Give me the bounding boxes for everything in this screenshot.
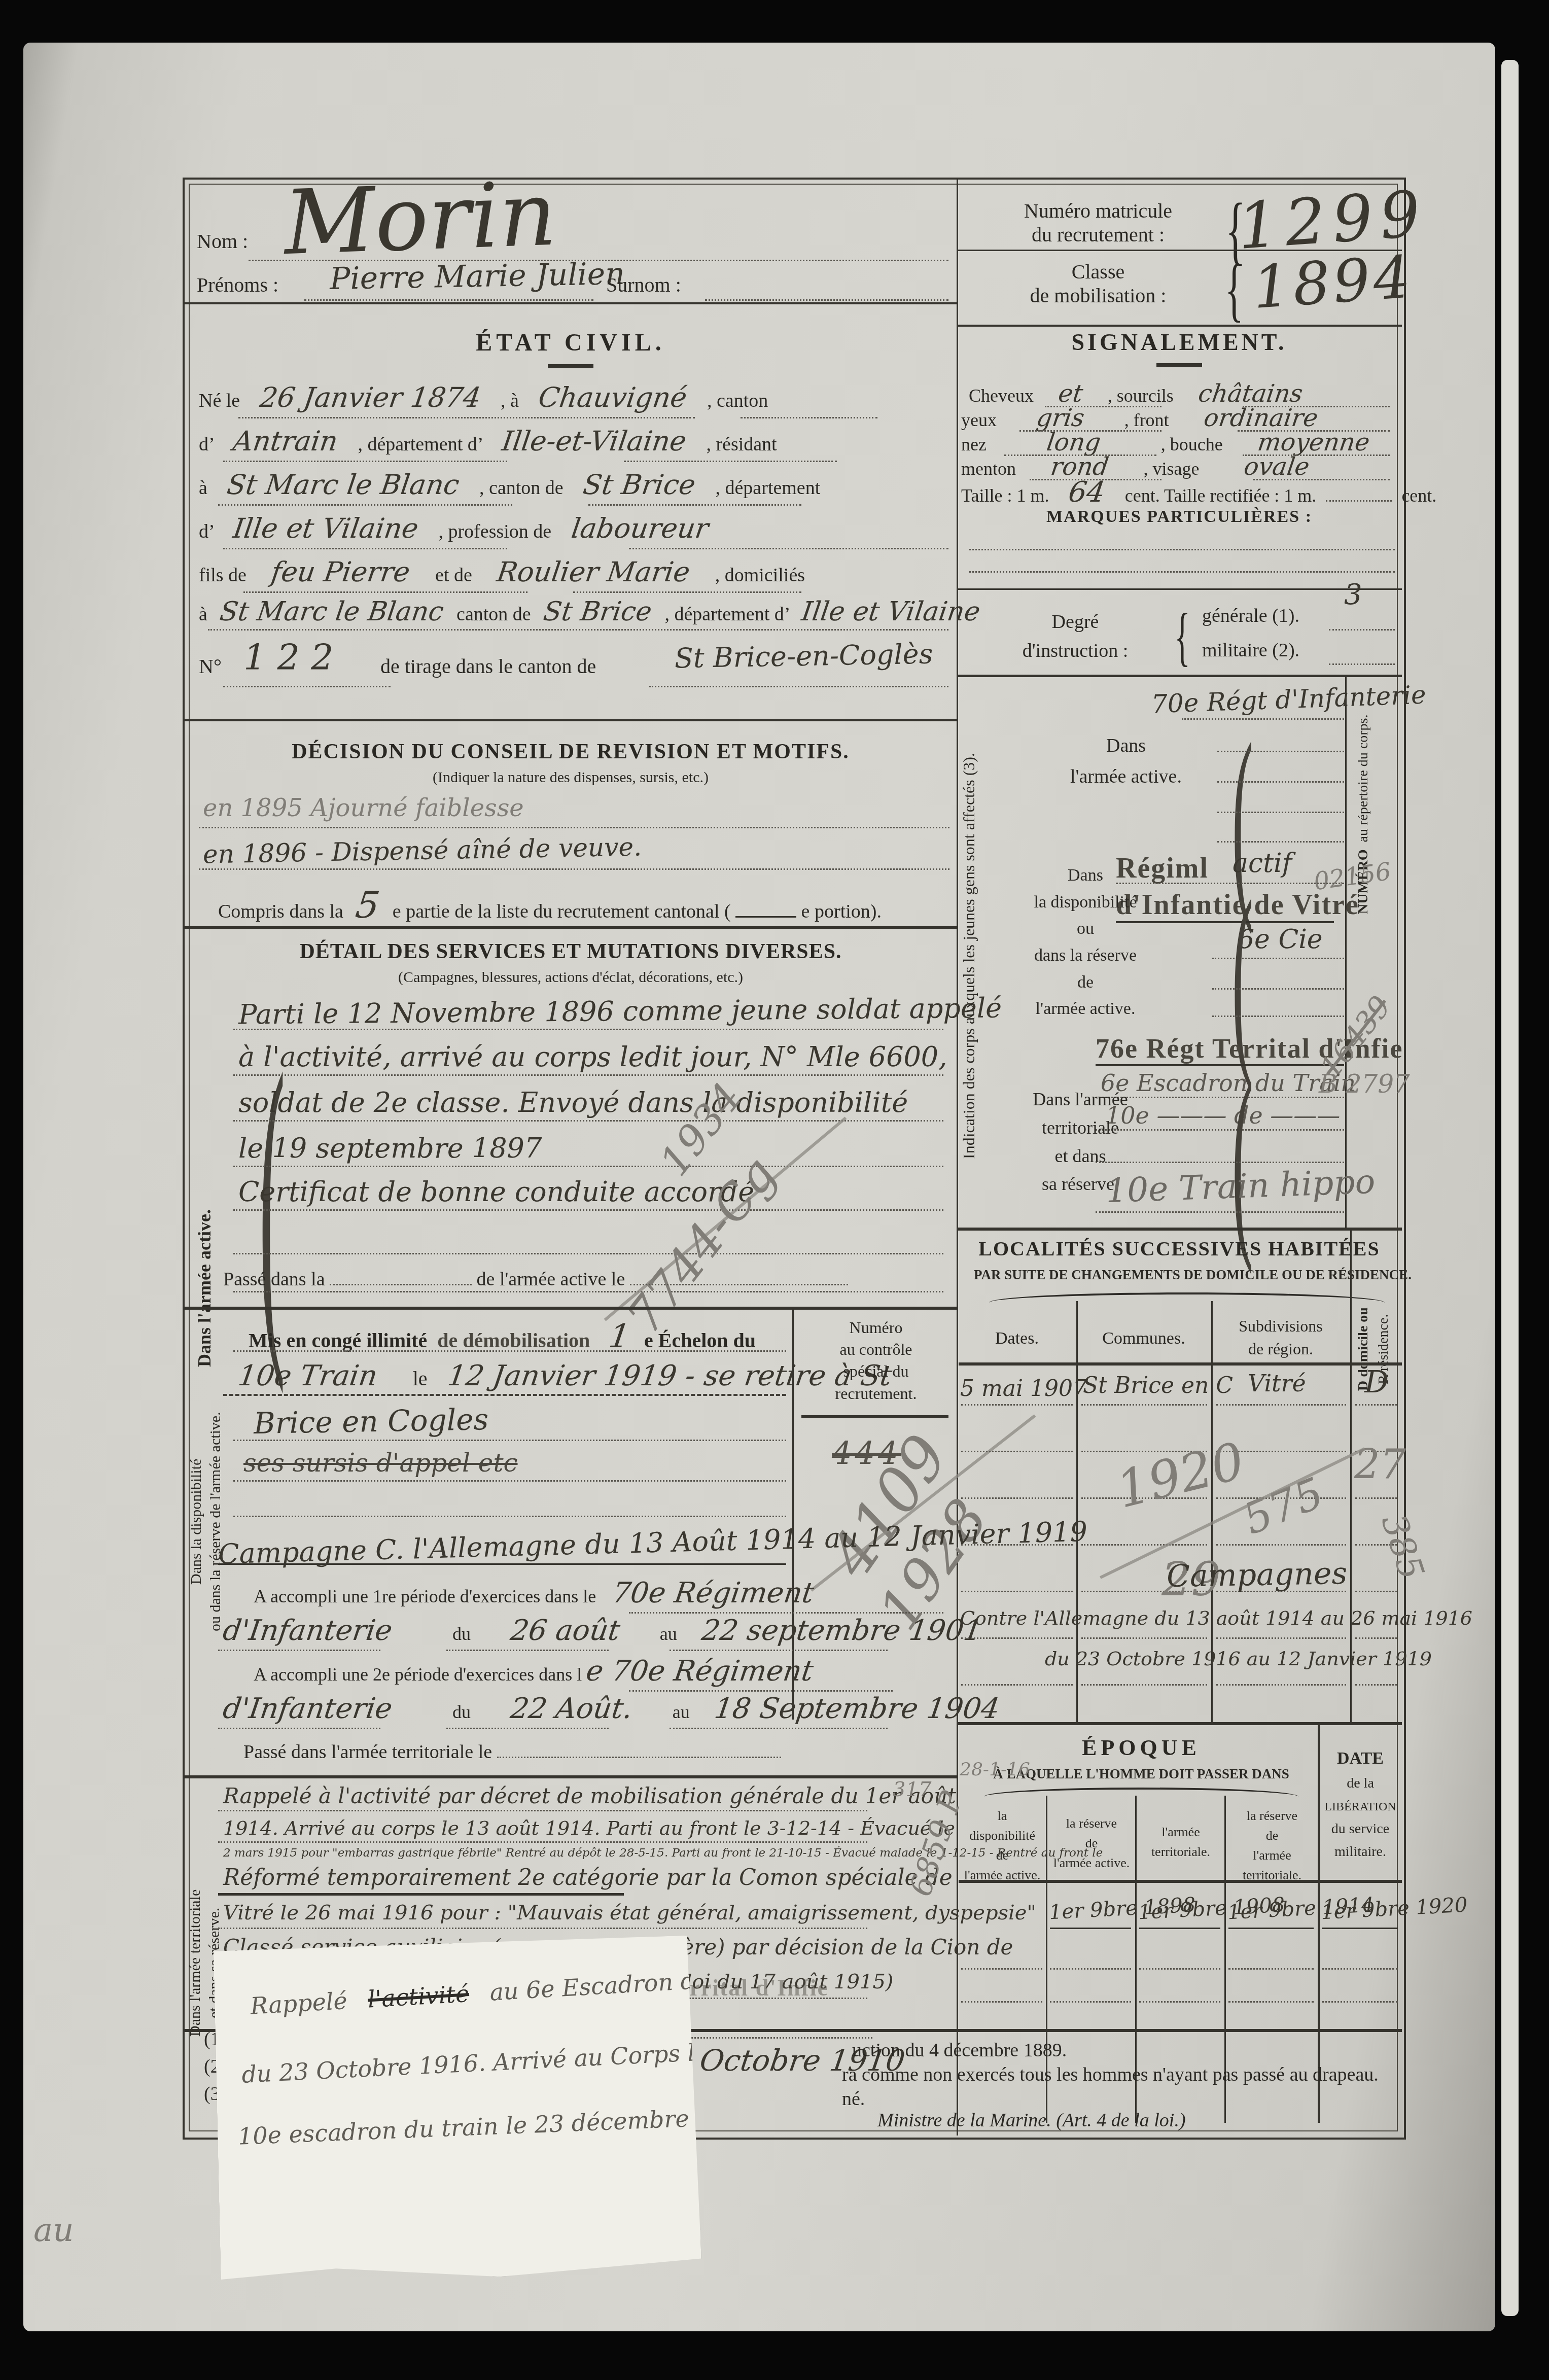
rule-line (223, 548, 507, 549)
matricule-label: Numéro matricule du recrutement : (979, 199, 1217, 247)
note-line3: 10e escadron du train le 23 décembre 191… (237, 2102, 764, 2150)
localites-col-subdiv: Subdivisions de région. (1212, 1315, 1349, 1360)
handwritten-value: d'Infanterie (221, 1614, 394, 1647)
epoque-col1-header: la disponibilité de l'armée active. (959, 1806, 1046, 1885)
printed-text: de (996, 1848, 1009, 1863)
header-bottom-rule (183, 302, 957, 304)
printed-text: de (1085, 1836, 1098, 1850)
printed-text: recrutement. (835, 1384, 917, 1403)
tirage-canton-value: St Brice-en-Coglès (674, 638, 933, 675)
localites-col-dates: Dates. (959, 1329, 1075, 1348)
rule-line (969, 549, 1395, 550)
printed-text: , département d’ (664, 604, 789, 625)
rule-line (1212, 1016, 1344, 1017)
localites-row1-commune: St Brice en C (1083, 1373, 1233, 1398)
rule-line (1081, 1404, 1207, 1406)
section-rule (957, 1722, 1402, 1725)
rule-line (1329, 663, 1395, 665)
prenoms-value: Pierre Marie Julien (329, 256, 625, 297)
classe-label-2: de mobilisation : (1030, 284, 1167, 307)
printed-text: ou (1077, 919, 1094, 938)
handwritten-value: Chauvigné (537, 381, 689, 413)
main-column-divider (957, 178, 958, 2136)
printed-text: l'armée active. (1036, 999, 1136, 1018)
printed-text: , domiciliés (715, 565, 805, 586)
printed-text: Numéro (850, 1318, 903, 1337)
marques-label: MARQUES PARTICULIÈRES : (994, 507, 1364, 527)
etat-civil-row: Né le 26 Janvier 1874 , à Chauvigné , ca… (199, 381, 768, 413)
printed-text: au (660, 1624, 677, 1644)
rule-line (588, 504, 801, 506)
printed-text: cent. (1401, 485, 1436, 506)
rule-line (199, 868, 949, 870)
etat-civil-row: d’ Antrain , département d’ Ille-et-Vila… (199, 425, 777, 457)
rule-line (1322, 1968, 1398, 1970)
printed-text: A accompli une 1re période d'exercices d… (254, 1586, 596, 1606)
services-line: Certificat de bonne conduite accordé (238, 1176, 754, 1208)
rule-line (1322, 2001, 1398, 2003)
rule-line (1355, 1497, 1397, 1499)
rule-line (218, 1728, 380, 1729)
handwritten-value: Ille et Vilaine (231, 512, 420, 544)
periode1-row2: d'Infanterie du 26 août au 22 septembre … (223, 1614, 981, 1647)
rule-line (223, 686, 391, 687)
printed-text: du service (1331, 1821, 1389, 1837)
rule-line (1081, 1684, 1207, 1686)
localites-row1-dr: D (1364, 1364, 1389, 1400)
signalement-ornament (1156, 363, 1202, 367)
decision-title: DÉCISION DU CONSEIL DE REVISION ET MOTIF… (218, 740, 923, 764)
adjacent-page-edge (1501, 60, 1519, 2316)
etat-civil-row: fils de feu Pierre et de Roulier Marie ,… (199, 556, 805, 588)
epoque-subtitle: À LAQUELLE L'HOMME DOIT PASSER DANS (984, 1766, 1298, 1782)
rule-line (218, 1928, 867, 1929)
section-rule (183, 1307, 957, 1310)
stamp-text: de démobilisation (437, 1329, 590, 1352)
rule-line (961, 1591, 1073, 1592)
printed-text: nez (961, 434, 987, 454)
printed-text: d'instruction : (1023, 640, 1128, 661)
etat-civil-title: ÉTAT CIVIL. (284, 329, 857, 357)
rule-line (1217, 841, 1344, 843)
printed-text: Subdivisions (1239, 1317, 1322, 1335)
printed-text: Mis en congé illimité (249, 1329, 427, 1352)
rule-line (969, 571, 1395, 573)
degre-label: Degré d'instruction : (979, 608, 1172, 666)
terr-line1: Rappelé à l'activité par décret de mobil… (223, 1783, 956, 1808)
rule-line (1355, 1591, 1397, 1592)
rule-line (233, 1209, 943, 1211)
degre-generale-label: générale (1). (1202, 605, 1299, 627)
printed-text: à (199, 477, 207, 499)
rule-line (961, 1497, 1073, 1499)
handwritten-value: Antrain (231, 425, 340, 457)
section-rule (183, 1775, 957, 1778)
rule-line (961, 1684, 1073, 1686)
rule-line (243, 591, 527, 593)
printed-text: d’ (199, 434, 214, 455)
localites-row1-date: 5 mai 1907 (960, 1376, 1087, 1402)
handwritten-value: Ille-et-Vilaine (500, 425, 689, 457)
printed-text: de la (1347, 1775, 1374, 1791)
printed-text: de région. (1248, 1340, 1313, 1358)
handwritten-value: 26 Janvier 1874 (258, 381, 482, 413)
printed-text: Taille : 1 m. (961, 485, 1049, 506)
printed-text: de l'armée active le (477, 1269, 625, 1290)
rule-line (624, 461, 837, 462)
degre-militaire-label: militaire (2). (1202, 639, 1299, 661)
printed-text: cent. Taille rectifiée : 1 m. (1125, 485, 1317, 506)
printed-text: , résidant (706, 434, 777, 455)
printed-text: au (673, 1702, 690, 1722)
printed-text: la disponibilité (1034, 893, 1137, 912)
printed-text: l'armée active. (1070, 766, 1182, 787)
printed-text: Né le (199, 390, 240, 411)
printed-text: e Échelon du (644, 1329, 756, 1352)
rule-line (233, 1350, 786, 1352)
handwritten-value: d'Infanterie (221, 1692, 394, 1725)
rule-line (961, 1637, 1073, 1639)
services-line: soldat de 2e classe. Envoyé dans la disp… (238, 1087, 908, 1118)
rule-line (446, 1728, 609, 1729)
printed-text: l'armée (1253, 1848, 1291, 1863)
printed-text: spécial du (843, 1362, 909, 1380)
signalement-title: SIGNALEMENT. (994, 329, 1364, 356)
handwritten-value: feu Pierre (269, 556, 412, 588)
rule-line (1217, 751, 1344, 752)
rule-line (1050, 2001, 1131, 2003)
rule-line (1228, 1968, 1314, 1970)
rule-line (629, 1612, 943, 1614)
campagnes-line2: du 23 Octobre 1916 au 12 Janvier 1919 (1045, 1648, 1432, 1670)
periode1-row: A accompli une 1re période d'exercices d… (254, 1577, 814, 1609)
footer-line1: uction du 4 décembre 1889. (852, 2039, 1067, 2061)
corps-terr-num: B 2797 (1319, 1069, 1410, 1099)
rule-line (1216, 1684, 1346, 1686)
surnom-line (705, 299, 948, 301)
footer-line3: né. (842, 2088, 865, 2110)
epoque-date-header: DATE de la LIBÉRATION du service militai… (1320, 1745, 1401, 1864)
rule-line (1081, 1544, 1207, 1546)
printed-text: et de (435, 565, 472, 586)
footer-line4: Ministre de la Marine. (Art. 4 de la loi… (877, 2109, 1186, 2131)
rule-line (1329, 629, 1395, 631)
tirage-no-value: 122 (243, 637, 345, 678)
rule-line (961, 1544, 1073, 1546)
terr-side-label-1: Dans l'armée territoriale (187, 1796, 204, 2130)
epoque-header-rule (959, 1880, 1318, 1883)
rule-line (1182, 718, 1344, 720)
compris-row: Compris dans la 5 e partie de la liste d… (218, 884, 882, 926)
rule-line (233, 1480, 786, 1482)
services-subtitle: (Campagnes, blessures, actions d'éclat, … (218, 969, 923, 986)
rule-line (629, 1690, 893, 1692)
printed-text: , profession de (438, 521, 551, 542)
printed-text: canton de (456, 604, 531, 625)
printed-text: A accompli une 2e période d'exercices da… (254, 1664, 582, 1685)
handwritten-value: 10e Train (236, 1359, 379, 1392)
localites-col-communes: Communes. (1078, 1329, 1210, 1348)
localites-header-rule (959, 1362, 1402, 1366)
rule-line (961, 1404, 1073, 1406)
terr-line5: Vitré le 26 mai 1916 pour : "Mauvais éta… (223, 1901, 1036, 1924)
margin-pencil-317: 317 (893, 1778, 931, 1801)
services-line: Parti le 12 Novembre 1896 comme jeune so… (238, 992, 1002, 1030)
localites-subtitle: PAR SUITE DE CHANGEMENTS DE DOMICILE OU … (974, 1267, 1385, 1283)
rule-line (1096, 1064, 1344, 1066)
printed-text: yeux (961, 410, 997, 430)
printed-text: , front (1124, 410, 1169, 430)
rule-line (218, 1810, 867, 1811)
periode2-row2: d'Infanterie du 22 Août. au 18 Septembre… (223, 1692, 999, 1725)
degre-brace: { (1175, 599, 1190, 675)
rule-line (208, 629, 948, 631)
rule-line (1217, 781, 1344, 783)
footer-line2: ra comme non exercés tous les hommes n'a… (842, 2063, 1379, 2086)
printed-text: Passé dans l'armée territoriale le (243, 1741, 492, 1763)
handwritten-value: Rappelé (250, 1987, 348, 2020)
handwritten-value: Ille et Vilaine (800, 597, 982, 627)
rule-line (233, 1120, 943, 1122)
rule-line (199, 827, 949, 828)
campagnes-title: Campagnes (1166, 1556, 1347, 1594)
printed-text: du (452, 1624, 471, 1644)
rule-line (233, 1291, 943, 1292)
rule-line (649, 686, 948, 687)
rule-line (1096, 1211, 1344, 1213)
etat-civil-row: à St Marc le Blanc canton de St Brice , … (199, 597, 988, 627)
printed-text: l'armée (1161, 1825, 1200, 1839)
taille-row: Taille : 1 m. 64 cent. Taille rectifiée … (961, 476, 1436, 509)
rule-line (1050, 1928, 1131, 1929)
rule-line (1139, 1968, 1220, 1970)
prenoms-line (304, 299, 593, 301)
printed-text: DATE (1337, 1749, 1384, 1768)
struck-handwritten-value: l'activité (367, 1980, 470, 2013)
decision-line1: en 1895 Ajourné faiblesse (203, 794, 524, 822)
localites-col-dr-2: R résidence. (1376, 1243, 1392, 1456)
printed-text: à (199, 604, 207, 625)
printed-text: au répertoire du corps. (1355, 714, 1371, 842)
printed-text: Compris dans la (218, 901, 343, 922)
printed-text: au contrôle (839, 1340, 912, 1358)
rule-line (670, 1650, 888, 1651)
printed-text: , canton de (479, 477, 564, 499)
degre-generale-value: 3 (1344, 578, 1362, 611)
terr-line4: Réformé temporairement 2e catégorie par … (223, 1865, 953, 1891)
passe-territoriale-row: Passé dans l'armée territoriale le (243, 1741, 781, 1763)
services-line: le 19 septembre 1897 (238, 1132, 542, 1164)
pasted-note-paper: Rappelé l'activité au 6e Escadron du Tra… (214, 1935, 702, 2283)
printed-text: , à (501, 390, 519, 411)
handwritten-value: 26 août (509, 1614, 622, 1647)
printed-text: territoriale. (1151, 1844, 1210, 1859)
printed-text: le (413, 1367, 428, 1390)
printed-text: Cheveux (969, 386, 1034, 406)
printed-text: dans la réserve (1034, 946, 1137, 965)
epoque-title: ÉPOQUE (1009, 1735, 1273, 1761)
rule-line (218, 1893, 624, 1896)
rule-line (1212, 988, 1344, 990)
rule-line (1216, 1637, 1346, 1639)
mis-conge-row: Mis en congé illimité de démobilisation … (249, 1318, 756, 1355)
epoque-col4-header: la réserve de l'armée territoriale. (1226, 1806, 1318, 1885)
etat-civil-row: d’ Ille et Vilaine , profession de labou… (199, 512, 723, 544)
handwritten-value: 22 septembre 1901 (699, 1614, 984, 1647)
printed-text: Dans l'armée (1033, 1089, 1128, 1109)
printed-text: la réserve (1247, 1808, 1297, 1823)
etat-civil-row: à St Marc le Blanc , canton de St Brice … (199, 469, 820, 501)
rule-line (233, 1029, 943, 1030)
section-rule (957, 675, 1402, 677)
rule-line-heavy (223, 1394, 786, 1396)
printed-text: militaire. (1334, 1844, 1386, 1860)
corps-active-label: Dans l'armée active. (1040, 730, 1212, 792)
controle-header: Numéro au contrôle spécial du recrutemen… (797, 1317, 955, 1405)
printed-text: disponibilité (969, 1828, 1035, 1843)
dispo-side-label-2: ou dans la réserve de l'armée active. (207, 1324, 224, 1720)
rule-line (233, 1516, 786, 1517)
rule-line (1355, 1684, 1397, 1686)
rule-line (1216, 1544, 1346, 1546)
handwritten-value: St Marc le Blanc (218, 597, 446, 627)
handwritten-value: St Brice (542, 597, 654, 627)
epoque-date-header-rule (1320, 1880, 1402, 1883)
header-right-bottom-rule (957, 325, 1402, 327)
numero-col-divider (1345, 675, 1347, 1228)
rule-line (218, 1650, 380, 1651)
handwritten-value: 18 Septembre 1904 (712, 1692, 1001, 1725)
handwritten-value: St Brice (581, 469, 698, 501)
handwritten-value: e 70e Régiment (584, 1655, 816, 1688)
rule-line (1096, 1162, 1344, 1163)
rule-line (233, 1440, 786, 1441)
matricule-label-2: du recrutement : (1032, 223, 1165, 246)
dispo-side-label-1: Dans la disponibilité (188, 1339, 205, 1704)
printed-text: Dans (1068, 866, 1103, 885)
classe-value: 1894 (1251, 243, 1416, 322)
rule-line (1355, 1637, 1397, 1639)
printed-text: , département d’ (358, 434, 482, 455)
terr-line2: 1914. Arrivé au corps le 13 août 1914. P… (223, 1817, 955, 1839)
printed-text: l'armée active. (1053, 1856, 1130, 1870)
rule-line (1217, 812, 1344, 813)
handwritten-value: 64 (1067, 476, 1107, 509)
rule-line (573, 591, 801, 593)
rule-line (1322, 1928, 1398, 1929)
printed-text: , département (716, 477, 821, 499)
rule-line (1228, 2001, 1314, 2003)
passe-active-row: Passé dans la de l'armée active le (223, 1268, 848, 1290)
printed-text: d’ (199, 521, 214, 542)
printed-text: , sourcils (1108, 386, 1174, 406)
nom-label: Nom : (197, 229, 248, 253)
rule-line (233, 1253, 943, 1254)
rule-line (957, 588, 1402, 590)
rule-line (233, 1074, 943, 1076)
rule-line (1228, 1928, 1314, 1929)
printed-text: fils de (199, 565, 247, 586)
section-rule (183, 719, 957, 721)
section-rule (183, 926, 957, 929)
handwritten-value: Roulier Marie (495, 556, 692, 588)
rule-line (961, 2001, 1042, 2003)
localites-col-dr-1: D domicile ou (1355, 1238, 1371, 1461)
rule-line (218, 1841, 867, 1843)
prenoms-label: Prénoms : (197, 273, 278, 297)
tirage-no-label: N° (199, 654, 222, 678)
controle-header-rule (801, 1415, 948, 1418)
handwritten-value: St Marc le Blanc (225, 469, 462, 501)
corps-dispo-label: Dans la disponibilité ou dans la réserve… (1009, 862, 1161, 1023)
epoque-pencil-date: 28-1-16 (960, 1759, 1030, 1780)
rule-line (1139, 1928, 1220, 1929)
surnom-label: Surnom : (606, 273, 681, 297)
handwritten-value: 70e Régiment (611, 1577, 816, 1609)
rule-line (1216, 1404, 1346, 1406)
handwritten-value: 5 (354, 884, 383, 926)
handwritten-value: 1 (607, 1318, 632, 1355)
rule-line (218, 1563, 786, 1565)
printed-text: Dans (1106, 735, 1146, 756)
section-rule (957, 1228, 1402, 1231)
mis-conge-row3: Brice en Cogles (253, 1402, 488, 1441)
rule-line (223, 461, 507, 462)
classe-brace: { (1225, 249, 1244, 330)
mis-conge-struck: ses sursis d'appel etc (243, 1448, 518, 1478)
rule-line (1355, 1404, 1397, 1406)
rule-line (670, 1728, 888, 1729)
printed-text: de (1266, 1828, 1279, 1843)
campagnes-line1: Contre l'Allemagne du 13 août 1914 au 26… (960, 1607, 1472, 1629)
printed-text: , bouche (1161, 434, 1223, 454)
printed-text: territoriale (1042, 1117, 1119, 1138)
periode2-row: A accompli une 2e période d'exercices da… (254, 1655, 813, 1688)
classe-label: Classe de mobilisation : (979, 260, 1217, 307)
matricule-label-1: Numéro matricule (1024, 199, 1172, 222)
printed-text: , canton (707, 390, 768, 411)
rule-line (1139, 2001, 1220, 2003)
margin-pencil-au: au (33, 2212, 74, 2249)
rule-line (741, 417, 877, 418)
classe-label-1: Classe (1072, 260, 1124, 283)
printed-text: du (452, 1702, 471, 1722)
rule-line (961, 1451, 1073, 1452)
tirage-text: de tirage dans le canton de (380, 654, 596, 678)
epoque-col2-header: la réserve de l'armée active. (1048, 1813, 1135, 1873)
printed-text: la (998, 1808, 1007, 1823)
services-title: DÉTAIL DES SERVICES ET MUTATIONS DIVERSE… (218, 939, 923, 964)
printed-text: e partie de la liste du recrutement cant… (393, 901, 731, 922)
localites-title: LOCALITÉS SUCCESSIVES HABITÉES (974, 1237, 1385, 1261)
scan-background: Nom : Morin Prénoms : Pierre Marie Julie… (0, 0, 1549, 2380)
rule-line (1081, 1637, 1207, 1639)
printed-text: de (1077, 973, 1094, 992)
etat-civil-ornament (548, 364, 593, 368)
printed-text: la réserve (1066, 1816, 1117, 1831)
printed-text: LIBÉRATION (1324, 1800, 1396, 1813)
handwritten-value: 22 Août. (509, 1692, 635, 1725)
rule-line (218, 504, 512, 506)
printed-text: Degré (1052, 611, 1099, 633)
services-line: à l'activité, arrivé au corps ledit jour… (238, 1041, 947, 1073)
rule-line (233, 1166, 943, 1167)
printed-text: e portion). (801, 901, 882, 922)
corps-side-label: Indication des corps auxquels les jeunes… (960, 690, 978, 1222)
rule-line (238, 417, 695, 418)
rule-line (1050, 1968, 1131, 1970)
rule-line (629, 548, 948, 549)
